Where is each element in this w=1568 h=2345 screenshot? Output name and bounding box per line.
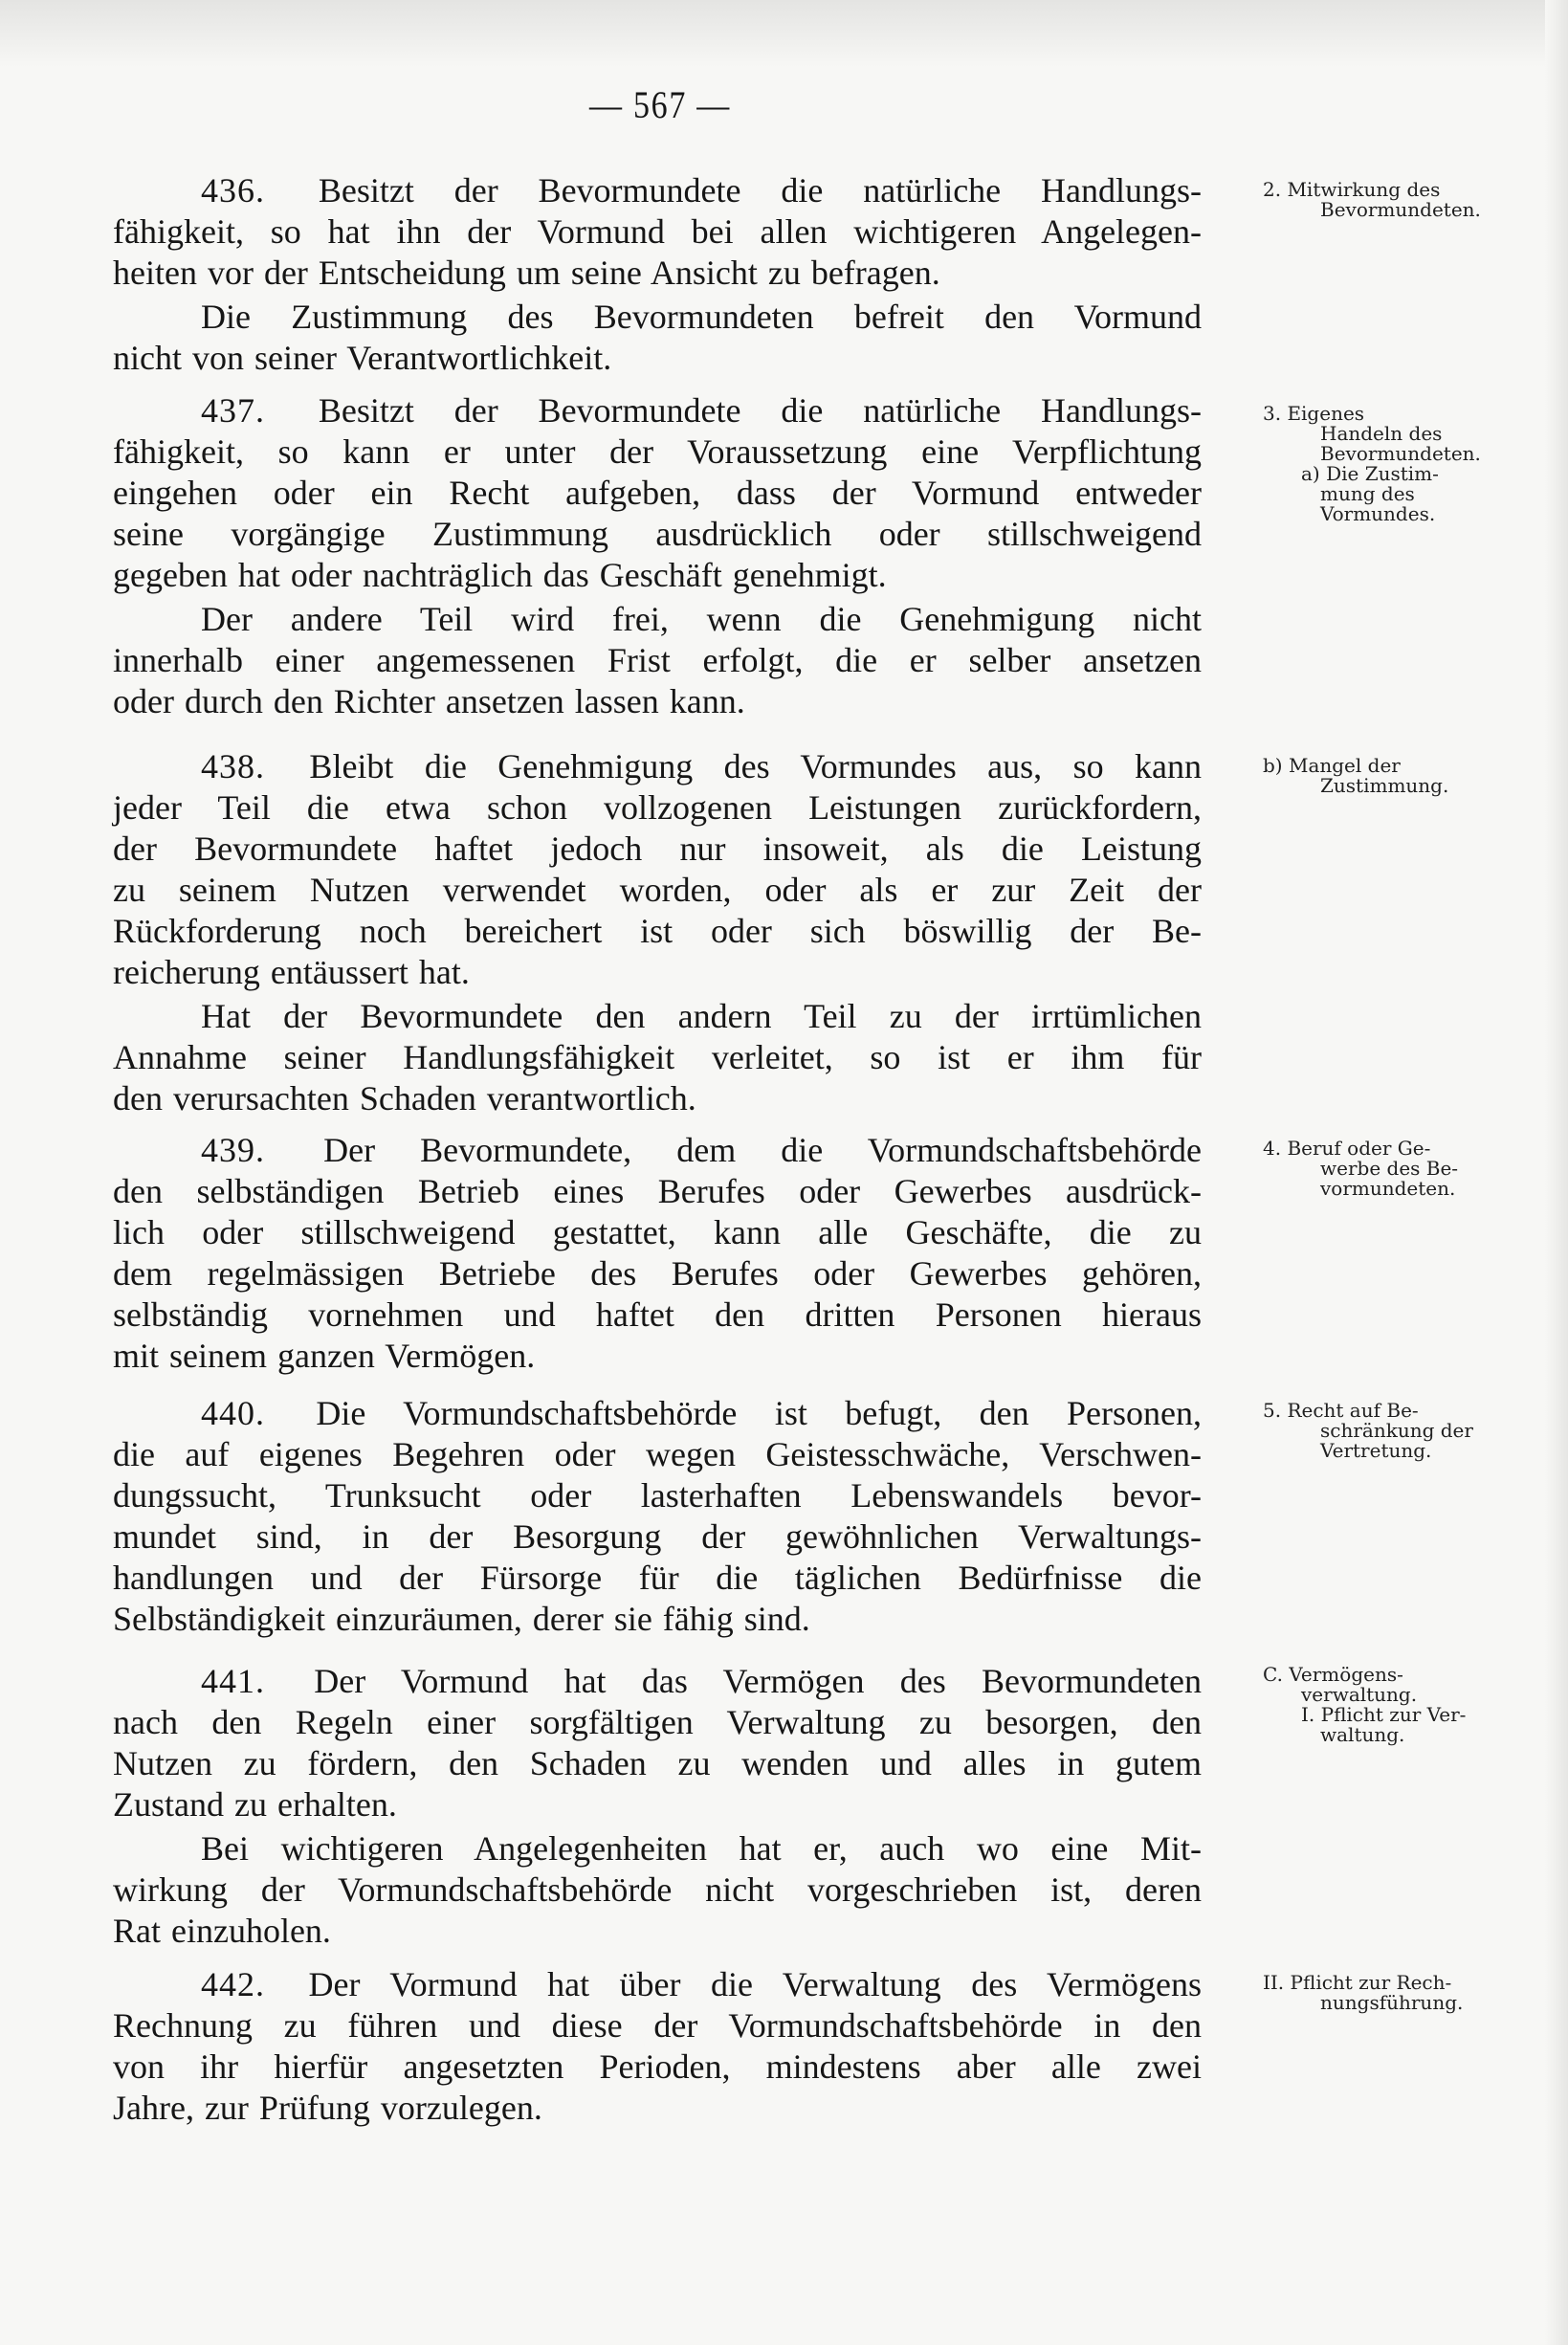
section-441: 441. Der Vormund hat das Vermögen des Be… [113, 1661, 1202, 1952]
margin-note-line: Bevormundeten. [1263, 200, 1550, 220]
margin-note-line: II. Pflicht zur Rech- [1263, 1973, 1550, 1993]
text-line: den verursachten Schaden verantwortlich. [113, 1078, 1202, 1119]
text-line: 437. Besitzt der Bevormundete die natürl… [113, 390, 1202, 431]
paragraph: Hat der Bevormundete den andern Teil zu … [113, 996, 1202, 1119]
text-line: Bei wichtigeren Angelegenheiten hat er, … [113, 1828, 1202, 1869]
text-line: Rückforderung noch bereichert ist oder s… [113, 911, 1202, 952]
margin-note-line: verwaltung. [1263, 1685, 1550, 1705]
margin-note-line: Vertretung. [1263, 1441, 1550, 1461]
paragraph: 439. Der Bevormundete, dem die Vormundsc… [113, 1130, 1202, 1377]
margin-note-line: werbe des Be- [1263, 1159, 1550, 1179]
margin-note-line: nungsführung. [1263, 1993, 1550, 2013]
scan-edge-top [0, 0, 1568, 67]
margin-note-line: Vormundes. [1263, 504, 1550, 524]
text-line: innerhalb einer angemessenen Frist erfol… [113, 640, 1202, 681]
section-number: 441. [201, 1662, 265, 1700]
section-439: 439. Der Bevormundete, dem die Vormundsc… [113, 1130, 1202, 1377]
paragraph: Der andere Teil wird frei, wenn die Gene… [113, 599, 1202, 722]
text-line: fähigkeit, so hat ihn der Vormund bei al… [113, 211, 1202, 253]
margin-note-line: Zustimmung. [1263, 776, 1550, 796]
margin-note-line: 3. Eigenes [1263, 404, 1550, 424]
margin-note: II. Pflicht zur Rech-nungsführung. [1263, 1973, 1550, 2013]
paragraph: 441. Der Vormund hat das Vermögen des Be… [113, 1661, 1202, 1825]
text-line: reicherung entäussert hat. [113, 952, 1202, 993]
text-line: Zustand zu erhalten. [113, 1784, 1202, 1825]
margin-note: 2. Mitwirkung desBevormundeten. [1263, 180, 1550, 220]
text-line: von ihr hierfür angesetzten Perioden, mi… [113, 2046, 1202, 2088]
text-line: 440. Die Vormundschaftsbehörde ist befug… [113, 1393, 1202, 1434]
margin-note-line: 2. Mitwirkung des [1263, 180, 1550, 200]
text-line: die auf eigenes Begehren oder wegen Geis… [113, 1434, 1202, 1475]
text-line: gegeben hat oder nachträglich das Geschä… [113, 555, 1202, 596]
margin-note: 5. Recht auf Be-schränkung derVertretung… [1263, 1401, 1550, 1461]
margin-note-line: schränkung der [1263, 1421, 1550, 1441]
text-line: Hat der Bevormundete den andern Teil zu … [113, 996, 1202, 1037]
paragraph: 438. Bleibt die Genehmigung des Vormunde… [113, 746, 1202, 993]
margin-note: 4. Beruf oder Ge-werbe des Be-vormundete… [1263, 1139, 1550, 1199]
paragraph: 440. Die Vormundschaftsbehörde ist befug… [113, 1393, 1202, 1640]
text-line: Rat einzuholen. [113, 1911, 1202, 1952]
text-line: zu seinem Nutzen verwendet worden, oder … [113, 870, 1202, 911]
section-number: 440. [201, 1394, 265, 1432]
text-line: mundet sind, in der Besorgung der gewöhn… [113, 1516, 1202, 1558]
margin-note: b) Mangel derZustimmung. [1263, 756, 1550, 796]
margin-note-line: C. Vermögens- [1263, 1665, 1550, 1685]
text-line: handlungen und der Fürsorge für die tägl… [113, 1558, 1202, 1599]
text-line: jeder Teil die etwa schon vollzogenen Le… [113, 787, 1202, 829]
margin-note-line: 4. Beruf oder Ge- [1263, 1139, 1550, 1159]
margin-note-line: b) Mangel der [1263, 756, 1550, 776]
paragraph: Die Zustimmung des Bevormundeten befreit… [113, 297, 1202, 379]
section-437: 437. Besitzt der Bevormundete die natürl… [113, 390, 1202, 722]
text-line: Annahme seiner Handlungsfähigkeit verlei… [113, 1037, 1202, 1078]
text-line: dem regelmässigen Betriebe des Berufes o… [113, 1253, 1202, 1294]
text-line: der Bevormundete haftet jedoch nur insow… [113, 829, 1202, 870]
section-number: 437. [201, 391, 265, 430]
text-line: eingehen oder ein Recht aufgeben, dass d… [113, 473, 1202, 514]
section-number: 438. [201, 747, 265, 785]
text-line: lich oder stillschweigend gestattet, kan… [113, 1212, 1202, 1253]
margin-note-line: Bevormundeten. [1263, 444, 1550, 464]
section-number: 439. [201, 1131, 265, 1169]
section-442: 442. Der Vormund hat über die Verwaltung… [113, 1964, 1202, 2129]
text-line: 436. Besitzt der Bevormundete die natürl… [113, 170, 1202, 211]
text-line: seine vorgängige Zustimmung ausdrücklich… [113, 514, 1202, 555]
text-line: 442. Der Vormund hat über die Verwaltung… [113, 1964, 1202, 2005]
text-line: selbständig vornehmen und haftet den dri… [113, 1294, 1202, 1336]
margin-note: C. Vermögens-verwaltung.I. Pflicht zur V… [1263, 1665, 1550, 1745]
text-line: mit seinem ganzen Vermögen. [113, 1336, 1202, 1377]
text-line: dungssucht, Trunksucht oder lasterhaften… [113, 1475, 1202, 1516]
text-line: den selbständigen Betrieb eines Berufes … [113, 1171, 1202, 1212]
section-436: 436. Besitzt der Bevormundete die natürl… [113, 170, 1202, 379]
paragraph: 442. Der Vormund hat über die Verwaltung… [113, 1964, 1202, 2129]
text-line: Rechnung zu führen und diese der Vormund… [113, 2005, 1202, 2046]
text-line: wirkung der Vormundschaftsbehörde nicht … [113, 1869, 1202, 1911]
text-line: fähigkeit, so kann er unter der Vorausse… [113, 431, 1202, 473]
section-440: 440. Die Vormundschaftsbehörde ist befug… [113, 1393, 1202, 1640]
paragraph: Bei wichtigeren Angelegenheiten hat er, … [113, 1828, 1202, 1952]
margin-note-line: vormundeten. [1263, 1179, 1550, 1199]
margin-note: 3. EigenesHandeln desBevormundeten.a) Di… [1263, 404, 1550, 524]
text-line: Der andere Teil wird frei, wenn die Gene… [113, 599, 1202, 640]
section-438: 438. Bleibt die Genehmigung des Vormunde… [113, 746, 1202, 1119]
margin-note-line: I. Pflicht zur Ver- [1263, 1705, 1550, 1725]
margin-note-line: mung des [1263, 484, 1550, 504]
margin-note-line: a) Die Zustim- [1263, 464, 1550, 484]
paragraph: 437. Besitzt der Bevormundete die natürl… [113, 390, 1202, 596]
page-number: — 567 — [99, 82, 1222, 127]
text-line: nach den Regeln einer sorgfältigen Verwa… [113, 1702, 1202, 1743]
text-line: Jahre, zur Prüfung vorzulegen. [113, 2088, 1202, 2129]
text-line: 439. Der Bevormundete, dem die Vormundsc… [113, 1130, 1202, 1171]
text-line: Selbständigkeit einzuräumen, derer sie f… [113, 1599, 1202, 1640]
text-line: 438. Bleibt die Genehmigung des Vormunde… [113, 746, 1202, 787]
text-line: heiten vor der Entscheidung um seine Ans… [113, 253, 1202, 294]
margin-note-line: Handeln des [1263, 424, 1550, 444]
margin-note-line: 5. Recht auf Be- [1263, 1401, 1550, 1421]
text-line: oder durch den Richter ansetzen lassen k… [113, 681, 1202, 722]
section-number: 436. [201, 171, 265, 210]
text-line: 441. Der Vormund hat das Vermögen des Be… [113, 1661, 1202, 1702]
paragraph: 436. Besitzt der Bevormundete die natürl… [113, 170, 1202, 294]
section-number: 442. [201, 1965, 265, 2003]
text-line: Die Zustimmung des Bevormundeten befreit… [113, 297, 1202, 338]
text-line: Nutzen zu fördern, den Schaden zu wenden… [113, 1743, 1202, 1784]
text-line: nicht von seiner Verantwortlichkeit. [113, 338, 1202, 379]
margin-note-line: waltung. [1263, 1725, 1550, 1745]
